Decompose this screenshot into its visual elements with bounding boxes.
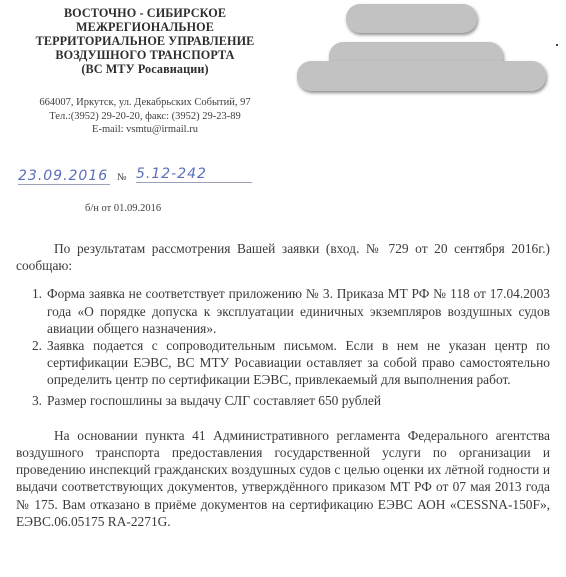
contact-block: 664007, Иркутск, ул. Декабрьских Событий… xyxy=(0,96,290,137)
redacted-recipient-block xyxy=(297,61,546,91)
outgoing-date: 23.09.2016 xyxy=(18,168,110,185)
outgoing-registration: 23.09.2016 № 5.12-242 xyxy=(18,166,248,188)
org-name-line: МЕЖРЕГИОНАЛЬНОЕ xyxy=(0,20,290,34)
org-name-line: ВОЗДУШНОГО ТРАНСПОРТА xyxy=(0,48,290,62)
list-text: Заявка подается с сопроводительным письм… xyxy=(47,338,550,387)
email: E-mail: vsmtu@irmail.ru xyxy=(0,123,290,137)
number-sign: № xyxy=(117,172,127,183)
address: 664007, Иркутск, ул. Декабрьских Событий… xyxy=(0,96,290,110)
org-name-line: ТЕРРИТОРИАЛЬНОЕ УПРАВЛЕНИЕ xyxy=(0,34,290,48)
list-number: 1. xyxy=(16,285,42,302)
phone-fax: Тел.:(3952) 29-20-20, факс: (3952) 29-23… xyxy=(0,110,290,124)
scan-speck xyxy=(556,44,558,46)
reference-line: б/н от 01.09.2016 xyxy=(85,203,161,214)
org-name-line: (ВС МТУ Росавиации) xyxy=(0,62,290,76)
intro-paragraph: По результатам рассмотрения Вашей заявки… xyxy=(16,240,550,274)
letter-body: По результатам рассмотрения Вашей заявки… xyxy=(16,240,550,530)
list-item: 3. Размер госпошлины за выдачу СЛГ соста… xyxy=(16,392,550,409)
letterhead: ВОСТОЧНО - СИБИРСКОЕ МЕЖРЕГИОНАЛЬНОЕ ТЕР… xyxy=(0,6,290,76)
redacted-recipient-block xyxy=(346,4,477,33)
list-item: 2. Заявка подается с сопроводительным пи… xyxy=(16,337,550,389)
list-item: 1. Форма заявка не соответствует приложе… xyxy=(16,285,550,337)
requirements-list: 1. Форма заявка не соответствует приложе… xyxy=(16,285,550,408)
conclusion-paragraph: На основании пункта 41 Административного… xyxy=(16,427,550,530)
org-name-line: ВОСТОЧНО - СИБИРСКОЕ xyxy=(0,6,290,20)
list-text: Форма заявка не соответствует приложению… xyxy=(47,286,550,335)
list-number: 2. xyxy=(16,337,42,354)
outgoing-number: 5.12-242 xyxy=(136,166,252,183)
list-number: 3. xyxy=(16,392,42,409)
list-text: Размер госпошлины за выдачу СЛГ составля… xyxy=(47,393,381,408)
